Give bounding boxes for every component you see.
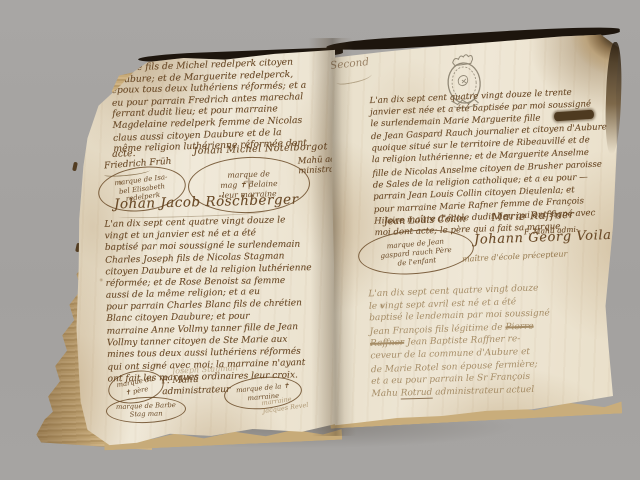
left-page: Jacque fils de Michel redelperk citoyenD…	[60, 45, 335, 450]
page-annotation: Second	[329, 56, 369, 72]
godfather-title: maître d'école précepteur	[462, 249, 568, 264]
cross-mark-icon: ✝	[242, 179, 256, 189]
binding-stitch	[72, 162, 78, 172]
officiant-signature: F. Mahüadministrateur	[162, 374, 231, 397]
photo-background: Jacque fils de Michel redelperk citoyenD…	[0, 0, 640, 480]
right-page: Second L'an dix sept cent quatre vingt d…	[322, 26, 622, 426]
right-entry2-text: L'an dix sept cent quatre vingt douzele …	[368, 280, 617, 401]
left-entry2-text: L'an dix sept cent quatre vingt douze le…	[104, 215, 335, 386]
annotation-flourish	[335, 71, 372, 86]
left-entry1-text: Jacque fils de Michel redelperk citoyenD…	[111, 56, 334, 156]
entry1-closing-word: acte.	[112, 148, 136, 160]
